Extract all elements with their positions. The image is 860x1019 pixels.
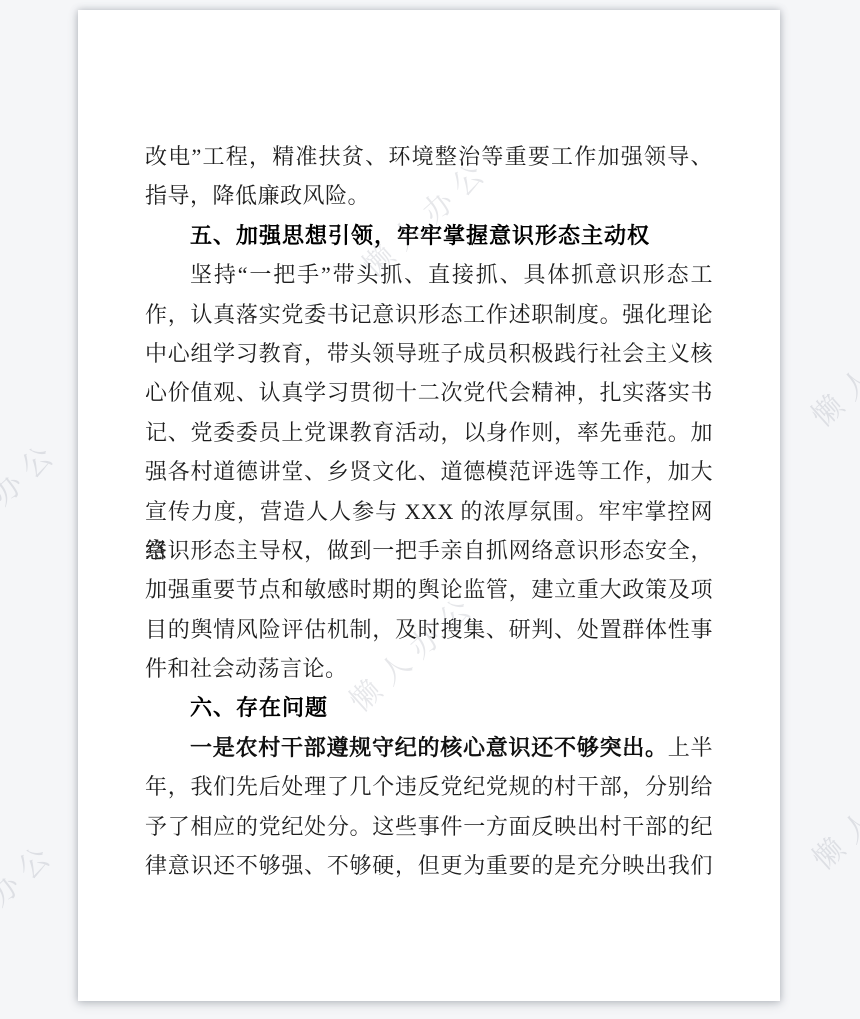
- watermark: 懒人办公: [801, 738, 860, 878]
- document-viewer-background: 改电”工程，精准扶贫、环境整治等重要工作加强领导、 指导，降低廉政风险。 五、加…: [0, 0, 860, 1019]
- text-line: 意识形态主导权，做到一把手亲自抓网络意识形态安全，: [145, 531, 713, 570]
- text-line: 律意识还不够强、不够硬，但更为重要的是充分映出我们: [145, 846, 713, 885]
- text-line: 心价值观、认真学习贯彻十二次党代会精神，扎实落实书: [145, 373, 713, 412]
- text-line: 作，认真落实党委书记意识形态工作述职制度。强化理论: [145, 295, 713, 334]
- text-line: 件和社会动荡言论。: [145, 649, 713, 688]
- watermark: 懒人办公: [0, 828, 65, 968]
- text-line: 强各村道德讲堂、乡贤文化、道德模范评选等工作，加大: [145, 452, 713, 491]
- text-line: 加强重要节点和敏感时期的舆论监管，建立重大政策及项: [145, 570, 713, 609]
- section-heading-5: 五、加强思想引领，牢牢掌握意识形态主动权: [145, 216, 713, 255]
- text-line: 指导，降低廉政风险。: [145, 176, 713, 215]
- page-content: 改电”工程，精准扶贫、环境整治等重要工作加强领导、 指导，降低廉政风险。 五、加…: [78, 10, 780, 885]
- watermark: 懒人办公: [0, 427, 68, 567]
- section-heading-6: 六、存在问题: [145, 688, 713, 727]
- bold-lead-sentence: 一是农村干部遵规守纪的核心意识还不够突出。: [190, 735, 668, 760]
- text-line: 记、党委委员上党课教育活动，以身作则，率先垂范。加: [145, 413, 713, 452]
- document-page: 改电”工程，精准扶贫、环境整治等重要工作加强领导、 指导，降低廉政风险。 五、加…: [78, 10, 780, 1001]
- watermark: 懒人办公: [800, 295, 860, 435]
- text-line: 中心组学习教育，带头领导班子成员积极践行社会主义核: [145, 334, 713, 373]
- text-line: 予了相应的党纪处分。这些事件一方面反映出村干部的纪: [145, 807, 713, 846]
- text-line: 改电”工程，精准扶贫、环境整治等重要工作加强领导、: [145, 137, 713, 176]
- text-run: 上半: [668, 735, 713, 760]
- text-line: 一是农村干部遵规守纪的核心意识还不够突出。上半: [145, 728, 713, 767]
- text-line: 坚持“一把手”带头抓、直接抓、具体抓意识形态工: [145, 255, 713, 294]
- text-line: 目的舆情风险评估机制，及时搜集、研判、处置群体性事: [145, 610, 713, 649]
- text-line: 年，我们先后处理了几个违反党纪党规的村干部，分别给: [145, 767, 713, 806]
- text-line: 宣传力度，营造人人参与 XXX 的浓厚氛围。牢牢掌控网络: [145, 492, 713, 531]
